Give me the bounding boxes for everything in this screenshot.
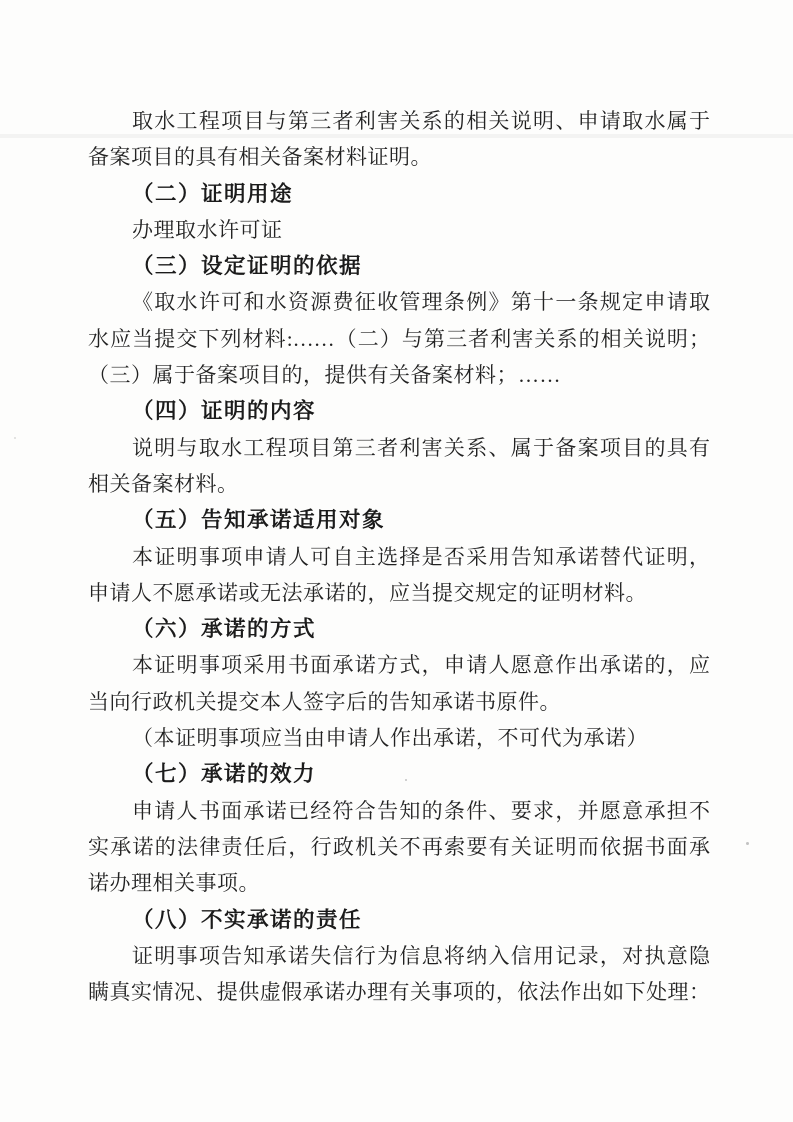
text-line: 办理取水许可证 bbox=[88, 212, 710, 248]
text-line: 诺办理相关事项。 bbox=[88, 865, 710, 901]
text-line: 本证明事项申请人可自主选择是否采用告知承诺替代证明， bbox=[88, 539, 710, 575]
text-line: 水应当提交下列材料:……（二）与第三者利害关系的相关说明； bbox=[88, 321, 710, 357]
section-heading: （七）承诺的效力 bbox=[88, 756, 710, 792]
text-line: （三）属于备案项目的，提供有关备案材料；…… bbox=[88, 357, 710, 393]
text-line: 本证明事项采用书面承诺方式，申请人愿意作出承诺的，应 bbox=[88, 647, 710, 683]
text-line: 实承诺的法律责任后，行政机关不再索要有关证明而依据书面承 bbox=[88, 829, 710, 865]
text-line: 当向行政机关提交本人签字后的告知承诺书原件。 bbox=[88, 684, 710, 720]
section-heading: （八）不实承诺的责任 bbox=[88, 902, 710, 938]
section-heading: （五）告知承诺适用对象 bbox=[88, 502, 710, 538]
text-line: 说明与取水工程项目第三者利害关系、属于备案项目的具有 bbox=[88, 430, 710, 466]
text-line: 证明事项告知承诺失信行为信息将纳入信用记录，对执意隐 bbox=[88, 938, 710, 974]
text-line: 取水工程项目与第三者利害关系的相关说明、申请取水属于 bbox=[88, 103, 710, 139]
section-heading: （三）设定证明的依据 bbox=[88, 248, 710, 284]
section-heading: （二）证明用途 bbox=[88, 176, 710, 212]
document-body: 取水工程项目与第三者利害关系的相关说明、申请取水属于备案项目的具有相关备案材料证… bbox=[88, 103, 710, 1010]
text-line: 《取水许可和水资源费征收管理条例》第十一条规定申请取 bbox=[88, 284, 710, 320]
scanned-document-page: 取水工程项目与第三者利害关系的相关说明、申请取水属于备案项目的具有相关备案材料证… bbox=[0, 0, 793, 1122]
section-heading: （六）承诺的方式 bbox=[88, 611, 710, 647]
section-heading: （四）证明的内容 bbox=[88, 393, 710, 429]
text-line: 申请人书面承诺已经符合告知的条件、要求，并愿意承担不 bbox=[88, 793, 710, 829]
text-line: （本证明事项应当由申请人作出承诺，不可代为承诺） bbox=[88, 720, 710, 756]
text-line: 申请人不愿承诺或无法承诺的，应当提交规定的证明材料。 bbox=[88, 575, 710, 611]
scan-speck bbox=[746, 842, 749, 845]
text-line: 备案项目的具有相关备案材料证明。 bbox=[88, 139, 710, 175]
text-line: 相关备案材料。 bbox=[88, 466, 710, 502]
text-line: 瞒真实情况、提供虚假承诺办理有关事项的，依法作出如下处理： bbox=[88, 974, 710, 1010]
scan-speck bbox=[14, 437, 16, 439]
